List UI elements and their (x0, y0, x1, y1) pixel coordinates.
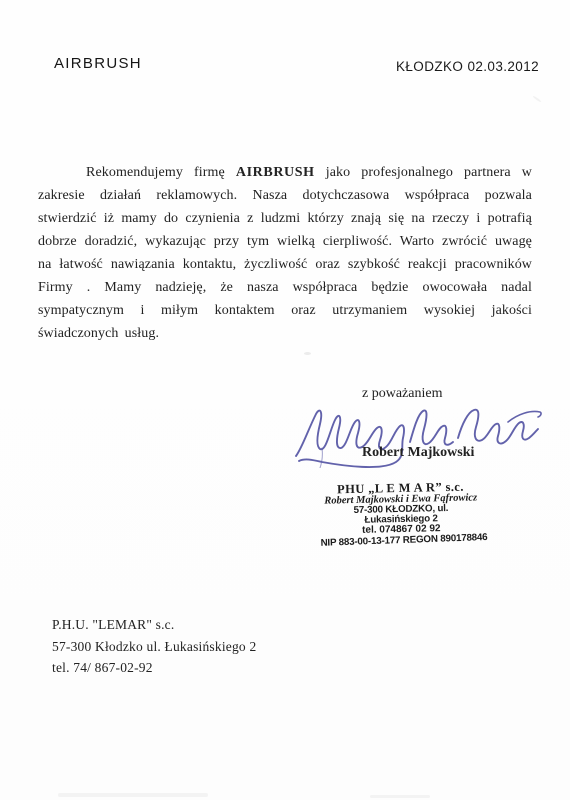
place-and-date: KŁODZKO 02.03.2012 (396, 59, 539, 74)
paragraph-text-before: Rekomendujemy firmę (86, 165, 236, 180)
signatory-name: Robert Majkowski (362, 445, 474, 461)
scan-speck (304, 352, 311, 355)
company-stamp: PHU „L E M A R” s.c. Robert Majkowski i … (319, 480, 482, 547)
scan-smudge (370, 795, 430, 798)
paragraph-text-after: jako profesjonalnego partnera w zakresie… (38, 165, 532, 341)
scan-speck (532, 95, 541, 102)
scanned-letter-page: AIRBRUSH KŁODZKO 02.03.2012 Rekomendujem… (0, 0, 570, 800)
footer-phone: tel. 74/ 867-02-92 (52, 657, 256, 679)
footer-company: P.H.U. "LEMAR" s.c. (52, 614, 256, 636)
brand-name-inline: AIRBRUSH (236, 165, 315, 180)
footer-address: 57-300 Kłodzko ul. Łukasińskiego 2 (52, 636, 256, 658)
letter-body-paragraph: Rekomendujemy firmę AIRBRUSH jako profes… (38, 161, 532, 345)
footer-contact-block: P.H.U. "LEMAR" s.c. 57-300 Kłodzko ul. Ł… (52, 614, 256, 679)
sender-company-name: AIRBRUSH (54, 55, 142, 72)
scan-smudge (58, 793, 208, 797)
